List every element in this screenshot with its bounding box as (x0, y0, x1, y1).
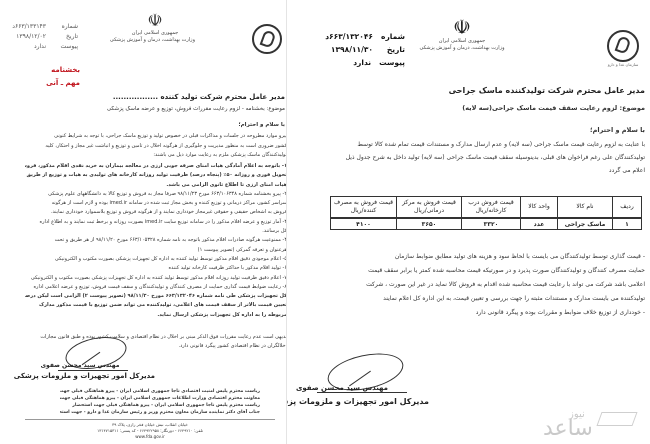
col-unit: واحد کالا (521, 197, 558, 219)
closing-line: اخلالگران در نظام اقتصادی کشور پیگرد قان… (25, 342, 287, 351)
list-item: هیات امنای ارزی تا اطلاع ثانوی الزامی می… (25, 181, 287, 190)
list-item: سراسر کشور، مراکز درمانی و توزیع کننده و… (25, 199, 287, 208)
note-line: حمایت مصرف کنندگان و تولیدکنندگان صورت پ… (287, 264, 645, 278)
urgent-stamp: بخشنامه مهم ـ آنی (40, 64, 80, 90)
note-line: - قیمت گذاری توسط تولیدکنندگان می بایست … (287, 250, 645, 264)
cc-line: معاونت محترم اقتصادی وزارت اطلاعات جمهور… (60, 395, 260, 402)
table-row: ۱ ماسک جراحی عدد ۳۳۲۰ ۳۶۵۰ ۴۱۰۰ (331, 218, 642, 230)
list-item: تعیین قیمت بالاتر از سقف قیمت های اعلامی… (25, 301, 287, 310)
items-list: ۱- باتوجه به اعلام آمادگی هیات امنای صرف… (25, 162, 287, 320)
intro-line: پیرو موارد مطروحه در جلسات و مذاکرات قبل… (25, 132, 287, 142)
col-consumer-price: قیمت فروش به مصرف کننده/ریال (331, 197, 397, 219)
right-document: شماره۶۶۳/۱۳۲۰۴۶د تاریخ۱۳۹۸/۱۱/۳۰ پیوستند… (287, 0, 650, 444)
intro-line: تولیدکنندگان ماسک پزشکی ملزم به رعایت مو… (25, 151, 287, 161)
cell-row-number: ۱ (613, 218, 642, 230)
fda-logo (252, 24, 282, 54)
watermark-sub: نیوز (569, 404, 585, 426)
fda-logo: سازمان غذا و دارو (607, 30, 639, 67)
closing-paragraph: بدیهی است عدم رعایت مقررات فوق الذکر مبن… (25, 333, 287, 351)
list-item: ۶- تولید اقلام مذکور با حداکثر ظرفیت کار… (25, 264, 287, 273)
list-item: مربوطه را به اداره کل تجهیزات پزشکی ارسا… (25, 311, 287, 320)
cell-unit: عدد (521, 218, 558, 230)
fda-logo-icon (252, 24, 282, 54)
note-line: تولیدکننده می بایست مدارک و مستندات مثبت… (287, 292, 645, 306)
list-item: ۵- اعلام موجودی دقیق اقلام مذکور توسط تو… (25, 255, 287, 264)
cc-line: ریاست محترم پلیس ناجا جمهوری اسلامی ایرا… (60, 402, 260, 409)
intro-paragraph: پیرو موارد مطروحه در جلسات و مذاکرات قبل… (25, 132, 287, 161)
list-item: ۴- ممنوعیت هرگونه صادرات اقلام مذکور بات… (25, 236, 287, 245)
subject: موضوع: بخشنامه - لزوم رعایت مقررات فروش،… (90, 106, 285, 112)
footer-line: www.fda.gov.ir (60, 434, 240, 440)
letter-meta: شماره۶۶۳/۱۳۳۱۴۳د تاریخ۱۳۹۸/۱۲/۰۲ پیوستند… (8, 22, 78, 52)
list-item: هرعنوان و تعرفه گمرکی (تصویر پیوست ۱) (25, 246, 287, 255)
iran-emblem: ☫ جمهوری اسلامی ایران وزارت بهداشت، درما… (115, 12, 195, 44)
body-paragraph: با عنایت به لزوم رعایت قیمت ماسک جراحی (… (287, 138, 645, 177)
subject: موضوع: لزوم رعایت سقف قیمت ماسک جراحی(سه… (387, 104, 645, 112)
list-item: ۱- باتوجه به اعلام آمادگی هیات امنای صرف… (25, 162, 287, 171)
col-item-name: نام کالا (558, 197, 613, 219)
col-factory-price: قیمت فروش درب کارخانه/ریال (462, 197, 521, 219)
date-label: تاریخ (54, 32, 78, 42)
left-document: شماره۶۶۳/۱۳۳۱۴۳د تاریخ۱۳۹۸/۱۲/۰۲ پیوستند… (0, 0, 300, 444)
addressee: مدیر عامل محترم شرکت تولیدکننده ماسک جرا… (387, 86, 645, 95)
list-item: ۳- آمار توزیع و عرضه اقلام مذکور را در س… (25, 218, 287, 227)
col-clinic-price: قیمت فروش به مرکز درمانی/ریال (397, 197, 462, 219)
note-line: اعلامی باشد شرکت می تواند با رعایت قیمت … (287, 278, 645, 292)
cell-consumer-price: ۴۱۰۰ (331, 218, 397, 230)
emblem-line-1: جمهوری اسلامی ایران (417, 38, 507, 45)
intro-line: کشور ضروری است به منظور مدیریت و جلوگیری… (25, 142, 287, 152)
notes-list: - قیمت گذاری توسط تولیدکنندگان می بایست … (287, 250, 645, 320)
signatory-title: مدیرکل امور تجهیزات و ملزومات پزشکی (35, 372, 155, 380)
table-header-row: ردیف نام کالا واحد کالا قیمت فروش درب کا… (331, 197, 642, 219)
signatory-name: مهندس سید محسن صفوی (287, 384, 397, 392)
footer-address: خیابان انقلاب، نبش خیابان فخر رازی، پلاک… (60, 422, 240, 440)
letter-meta: شماره۶۶۳/۱۳۲۰۴۶د تاریخ۱۳۹۸/۱۱/۳۰ پیوستند… (295, 30, 405, 69)
list-item: ۸- رعایت ضوابط قیمت گذاری حمایت از مصرف … (25, 283, 287, 292)
cell-clinic-price: ۳۶۵۰ (397, 218, 462, 230)
attachment-value: ندارد (34, 42, 46, 52)
date-value: ۱۳۹۸/۱۱/۳۰ (331, 43, 373, 56)
watermark-logo: ساعد (543, 418, 593, 440)
signature-underline (317, 392, 407, 393)
number-value: ۶۶۳/۱۳۳۱۴۳د (12, 22, 46, 32)
cell-factory-price: ۳۳۲۰ (462, 218, 521, 230)
emblem-icon: ☫ (115, 12, 195, 30)
list-item: تحویل فوری و روزانه ۵۰٪ (پنجاه درصد) ظرف… (25, 171, 287, 180)
col-row-number: ردیف (613, 197, 642, 219)
attachment-value: ندارد (353, 56, 371, 69)
date-value: ۱۳۹۸/۱۲/۰۲ (16, 32, 46, 42)
signatory-name: مهندس سید محسن صفوی (40, 362, 120, 369)
fda-logo-icon (607, 30, 639, 62)
note-line: - خودداری از توزیع خلاف ضوابط و مقررات ب… (287, 306, 645, 320)
body-line: اعلام می گردد (287, 164, 645, 177)
addressee: مدیر عامل محترم شرکت تولید کننده .......… (90, 93, 285, 101)
list-item: کل برسانند. (25, 227, 287, 236)
closing-line: بدیهی است عدم رعایت مقررات فوق الذکر مبن… (25, 333, 287, 342)
number-label: شماره (54, 22, 78, 32)
emblem-line-1: جمهوری اسلامی ایران (115, 30, 195, 37)
signatory-title: مدیرکل امور تجهیزات و ملزومات پزشکی (287, 397, 429, 406)
emblem-icon: ☫ (417, 16, 507, 38)
cc-list: ریاست محترم پلیس امنیت اقتصادی ناجا جمهو… (60, 388, 260, 416)
graduation-cap-icon (596, 412, 637, 426)
fda-logo-caption: سازمان غذا و دارو (607, 62, 639, 67)
iran-emblem: ☫ جمهوری اسلامی ایران وزارت بهداشت، درما… (417, 16, 507, 52)
number-label: شماره (381, 30, 405, 43)
cell-item-name: ماسک جراحی (558, 218, 613, 230)
emblem-line-2: وزارت بهداشت، درمان و آموزش پزشکی (115, 37, 195, 44)
attachment-label: پیوست (379, 56, 405, 69)
emblem-line-2: وزارت بهداشت، درمان و آموزش پزشکی (417, 45, 507, 52)
date-label: تاریخ (381, 43, 405, 56)
stamp-circular: بخشنامه (40, 64, 80, 77)
list-item: ۲- پیرو بخشنامه شماره ۶۶۳/۱۰۶۳۴۸ مورخ ۹۸… (25, 190, 287, 199)
list-item: فروش به اشخاص حقیقی و حقوقی غیرمجاز خودد… (25, 208, 287, 217)
cc-line: ریاست محترم پلیس امنیت اقتصادی ناجا جمهو… (60, 388, 260, 395)
stamp-urgent: مهم ـ آنی (40, 77, 80, 90)
greeting: با سلام و احترام؛ (387, 126, 645, 134)
list-item: کل تجهیزات پزشکی طی نامه شماره ۶۶۳/۱۳۲۰۴… (25, 292, 287, 301)
footer-divider (25, 419, 275, 420)
body-line: تولیدکنندگان علی رغم فراخوان های قبلی، ب… (287, 151, 645, 164)
price-table: ردیف نام کالا واحد کالا قیمت فروش درب کا… (330, 196, 642, 230)
greeting: با سلام و احترام؛ (90, 122, 285, 128)
list-item: ۷- اعلام دقیق ظرفیت تولید روزانه اقلام م… (25, 274, 287, 283)
signature-underline (58, 370, 128, 371)
number-value: ۶۶۳/۱۳۲۰۴۶د (325, 30, 373, 43)
cc-line: جناب آقای دکتر نماینده سازمان معاون محتر… (60, 409, 260, 416)
attachment-label: پیوست (54, 42, 78, 52)
body-line: با عنایت به لزوم رعایت قیمت ماسک جراحی (… (287, 138, 645, 151)
